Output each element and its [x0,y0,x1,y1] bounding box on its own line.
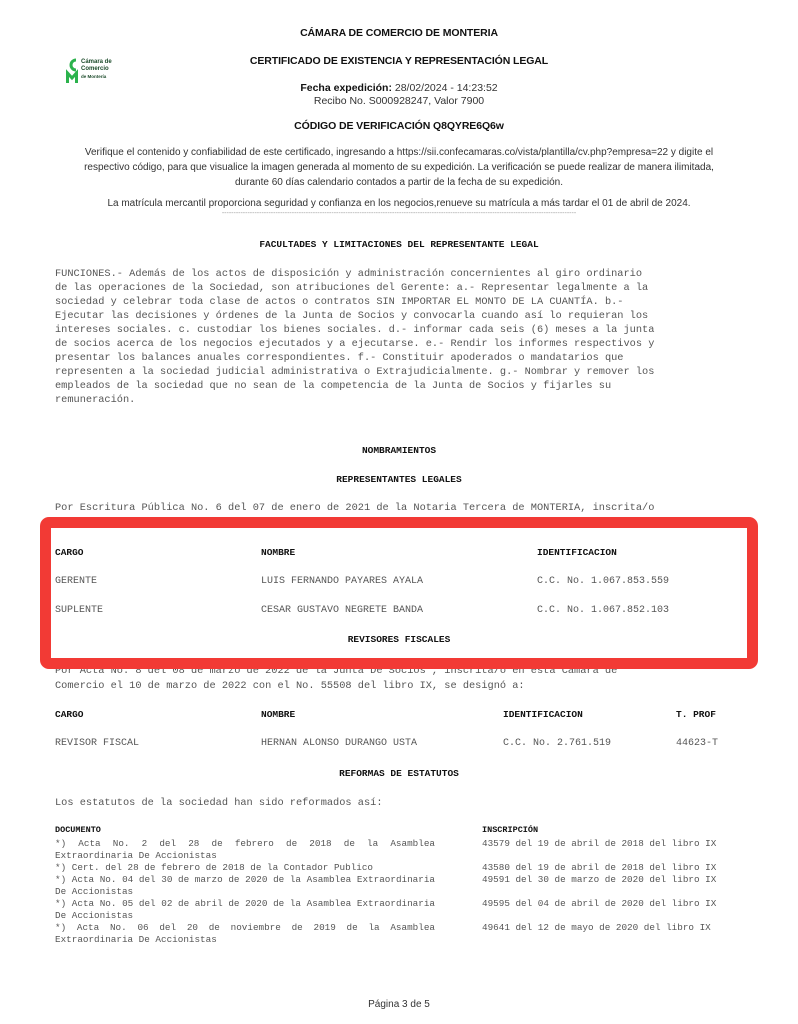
col-header-identificacion: IDENTIFICACION [537,547,617,558]
representantes-title: REPRESENTANTES LEGALES [0,474,798,485]
cell-cargo: REVISOR FISCAL [55,738,139,749]
facultades-line: de socios acerca de los negocios ejecuta… [55,337,737,351]
revisores-title: REVISORES FISCALES [0,634,798,645]
renewal-notice: La matrícula mercantil proporciona segur… [0,197,798,211]
facultades-line: sociedad y celebrar toda clase de actos … [55,295,737,309]
cell-nombre: HERNAN ALONSO DURANGO USTA [261,738,417,749]
verification-line-1: Verifique el contenido y confiabilidad d… [58,145,740,160]
cell-nombre: LUIS FERNANDO PAYARES AYALA [261,576,423,587]
cell-identificacion: C.C. No. 1.067.852.103 [537,605,669,616]
col-header-nombre: NOMBRE [261,709,295,720]
cell-inscripcion: 49595 del 04 de abril de 2020 del libro … [482,898,716,910]
reformas-intro: Los estatutos de la sociedad han sido re… [55,797,383,809]
certificate-title: CERTIFICADO DE EXISTENCIA Y REPRESENTACI… [0,55,798,67]
facultades-line: de las operaciones de la Sociedad, son a… [55,281,737,295]
receipt-info: Recibo No. S000928247, Valor 7900 [0,94,798,108]
col-header-nombre: NOMBRE [261,547,295,558]
col-header-cargo: CARGO [55,547,84,558]
cell-cargo: SUPLENTE [55,605,103,616]
cell-documento: *) Acta No. 2 del 28 de febrero de 2018 … [55,838,435,863]
col-header-tprof: T. PROF [676,709,716,720]
facultades-line: FUNCIONES.- Además de los actos de dispo… [55,267,737,281]
issue-date-label: Fecha expedición: [300,82,392,94]
facultades-line: intereses sociales. c. custodiar los bie… [55,323,737,337]
verification-line-2: respectivo código, para que visualice la… [58,160,740,175]
facultades-line: Ejecutar las decisiones y órdenes de la … [55,309,737,323]
cell-documento: *) Acta No. 06 del 20 de noviembre de 20… [55,922,435,947]
cell-inscripcion: 49591 del 30 de marzo de 2020 del libro … [482,874,716,886]
col-header-identificacion: IDENTIFICACION [503,709,583,720]
facultades-line: remuneración. [55,393,737,407]
separator: ----------------------------------------… [0,210,798,217]
verification-line-3: durante 60 días calendario contados a pa… [58,175,740,190]
facultades-line: representen a la sociedad judicial admin… [55,365,737,379]
verification-code: CÓDIGO DE VERIFICACIÓN Q8QYRE6Q6w [0,120,798,132]
verification-notice: Verifique el contenido y confiabilidad d… [58,145,740,190]
facultades-line: empleados de la sociedad que no sean de … [55,379,737,393]
representantes-intro: Por Escritura Pública No. 6 del 07 de en… [55,502,654,514]
logo-line-3: de Montería [81,73,112,80]
reformas-title: REFORMAS DE ESTATUTOS [0,768,798,779]
highlight-box [40,517,758,669]
org-name: CÁMARA DE COMERCIO DE MONTERIA [0,27,798,39]
nombramientos-title: NOMBRAMIENTOS [0,445,798,456]
issue-date: Fecha expedición: 28/02/2024 - 14:23:52 [0,81,798,95]
revisores-intro-line-2: Comercio el 10 de marzo de 2022 con el N… [55,680,525,692]
cell-documento: *) Acta No. 05 del 02 de abril de 2020 d… [55,898,435,923]
cell-inscripcion: 43580 del 19 de abril de 2018 del libro … [482,862,716,874]
col-header-documento: DOCUMENTO [55,825,101,835]
cell-inscripcion: 49641 del 12 de mayo de 2020 del libro I… [482,922,711,934]
cell-documento: *) Cert. del 28 de febrero de 2018 de la… [55,862,435,874]
col-header-inscripcion: INSCRIPCIÓN [482,825,538,835]
facultades-title: FACULTADES Y LIMITACIONES DEL REPRESENTA… [0,239,798,250]
logo-line-2: Comercio [81,66,112,73]
cell-documento: *) Acta No. 04 del 30 de marzo de 2020 d… [55,874,435,899]
cell-identificacion: C.C. No. 2.761.519 [503,738,611,749]
cell-nombre: CESAR GUSTAVO NEGRETE BANDA [261,605,423,616]
cell-inscripcion: 43579 del 19 de abril de 2018 del libro … [482,838,716,850]
facultades-line: presentar los balances anuales correspon… [55,351,737,365]
col-header-cargo: CARGO [55,709,84,720]
cell-tprof: 44623-T [676,738,718,749]
issue-date-value: 28/02/2024 - 14:23:52 [395,82,498,94]
cell-identificacion: C.C. No. 1.067.853.559 [537,576,669,587]
page-number: Página 3 de 5 [0,999,798,1010]
facultades-body: FUNCIONES.- Además de los actos de dispo… [55,267,737,407]
cell-cargo: GERENTE [55,576,97,587]
